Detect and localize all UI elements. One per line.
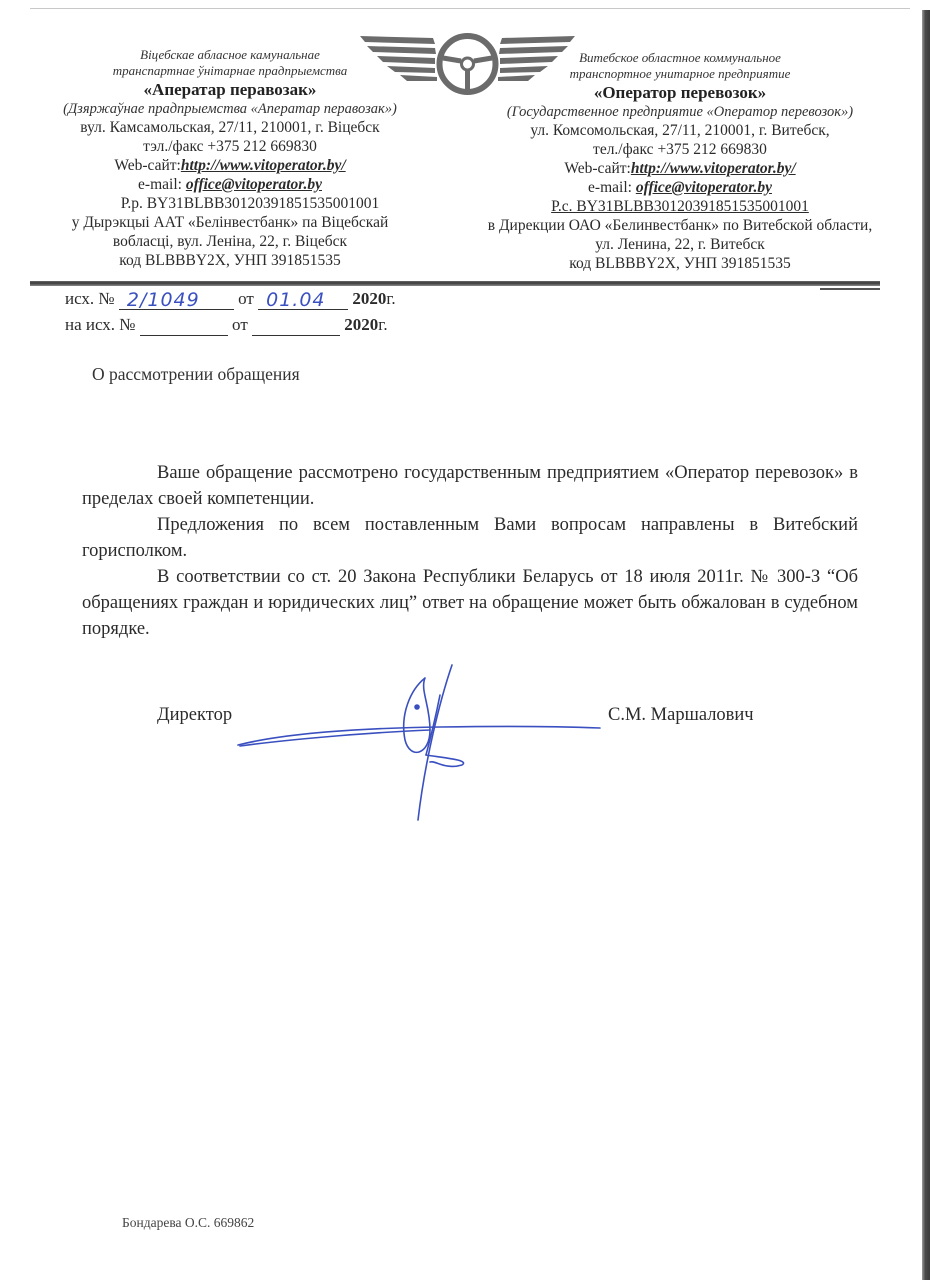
email-line: e-mail: office@vitoperator.by — [460, 178, 900, 197]
bank-line-2: вобласці, вул. Леніна, 22, г. Віцебск — [40, 232, 420, 251]
email-label: e-mail: — [138, 176, 186, 193]
outgoing-number-field: 2/1049 — [119, 291, 234, 310]
year: 2020 — [344, 315, 378, 334]
email-label: e-mail: — [588, 179, 636, 196]
letterhead-divider — [30, 281, 880, 286]
letter-subject: О рассмотрении обращения — [92, 364, 300, 385]
executor-contact: Бондарева О.С. 669862 — [122, 1215, 254, 1231]
year-suffix: г. — [378, 315, 387, 334]
website-line: Web-сайт:http://www.vitoperator.by/ — [40, 156, 420, 175]
phone: тэл./факс +375 212 669830 — [40, 137, 420, 156]
bank-codes: код BLBBBY2X, УНП 391851535 — [460, 254, 900, 273]
website-link[interactable]: http://www.vitoperator.by/ — [631, 160, 796, 177]
scan-right-edge — [922, 10, 930, 1280]
reply-number-label: на исх. № — [65, 315, 136, 334]
reply-number-field — [140, 317, 228, 336]
address: вул. Камсамольская, 27/11, 210001, г. Ві… — [40, 118, 420, 137]
letterhead-right: Витебское областное коммунальное транспо… — [460, 50, 900, 273]
scan-top-edge — [30, 8, 910, 9]
website-label: Web-сайт: — [114, 157, 181, 174]
signatory-name: С.М. Маршалович — [608, 705, 754, 726]
handwritten-signature — [230, 660, 650, 830]
year-suffix: г. — [386, 289, 395, 308]
reply-reference: на исх. № от 2020г. — [65, 314, 388, 336]
website-label: Web-сайт: — [564, 160, 631, 177]
bank-line-1: в Дирекции ОАО «Белинвестбанк» по Витебс… — [460, 216, 900, 235]
bank-account: Р.с. BY31BLBB30120391851535001001 — [460, 197, 900, 216]
bank-line-1: у Дырэкцыі ААТ «Белінвестбанк» па Віцебс… — [40, 213, 420, 232]
date-label: от — [238, 289, 254, 308]
reply-date-field — [252, 317, 340, 336]
org-type-line-2: транспортное унитарное предприятие — [460, 66, 900, 82]
email-link[interactable]: office@vitoperator.by — [186, 176, 322, 193]
outgoing-reference: исх. № 2/1049 от 01.04 2020г. — [65, 288, 396, 310]
body-paragraph: В соответствии со ст. 20 Закона Республи… — [82, 564, 858, 642]
org-name: «Оператор перевозок» — [460, 82, 900, 103]
outgoing-date-handwritten: 01.04 — [266, 289, 325, 311]
signatory-title: Директор — [157, 705, 232, 726]
org-type-line-1: Витебское областное коммунальное — [460, 50, 900, 66]
outgoing-date-field: 01.04 — [258, 291, 348, 310]
org-full-name: (Государственное предприятие «Оператор п… — [460, 103, 900, 121]
date-label: от — [232, 315, 248, 334]
letter-body: Ваше обращение рассмотрено государственн… — [82, 460, 858, 642]
website-link[interactable]: http://www.vitoperator.by/ — [181, 157, 346, 174]
bank-codes: код BLBBBY2X, УНП 391851535 — [40, 251, 420, 270]
bank-account: Р.р. BY31BLBB30120391851535001001 — [40, 194, 420, 213]
divider-tail — [820, 288, 880, 290]
bank-line-2: ул. Ленина, 22, г. Витебск — [460, 235, 900, 254]
year: 2020 — [352, 289, 386, 308]
outgoing-number-handwritten: 2/1049 — [127, 289, 200, 311]
body-paragraph: Ваше обращение рассмотрено государственн… — [82, 460, 858, 512]
body-paragraph: Предложения по всем поставленным Вами во… — [82, 512, 858, 564]
phone: тел./факс +375 212 669830 — [460, 140, 900, 159]
website-line: Web-сайт:http://www.vitoperator.by/ — [460, 159, 900, 178]
org-full-name: (Дзяржаўнае прадпрыемства «Аператар пера… — [40, 100, 420, 118]
address: ул. Комсомольская, 27/11, 210001, г. Вит… — [460, 121, 900, 140]
email-line: e-mail: office@vitoperator.by — [40, 175, 420, 194]
outgoing-number-label: исх. № — [65, 289, 115, 308]
email-link[interactable]: office@vitoperator.by — [636, 179, 772, 196]
